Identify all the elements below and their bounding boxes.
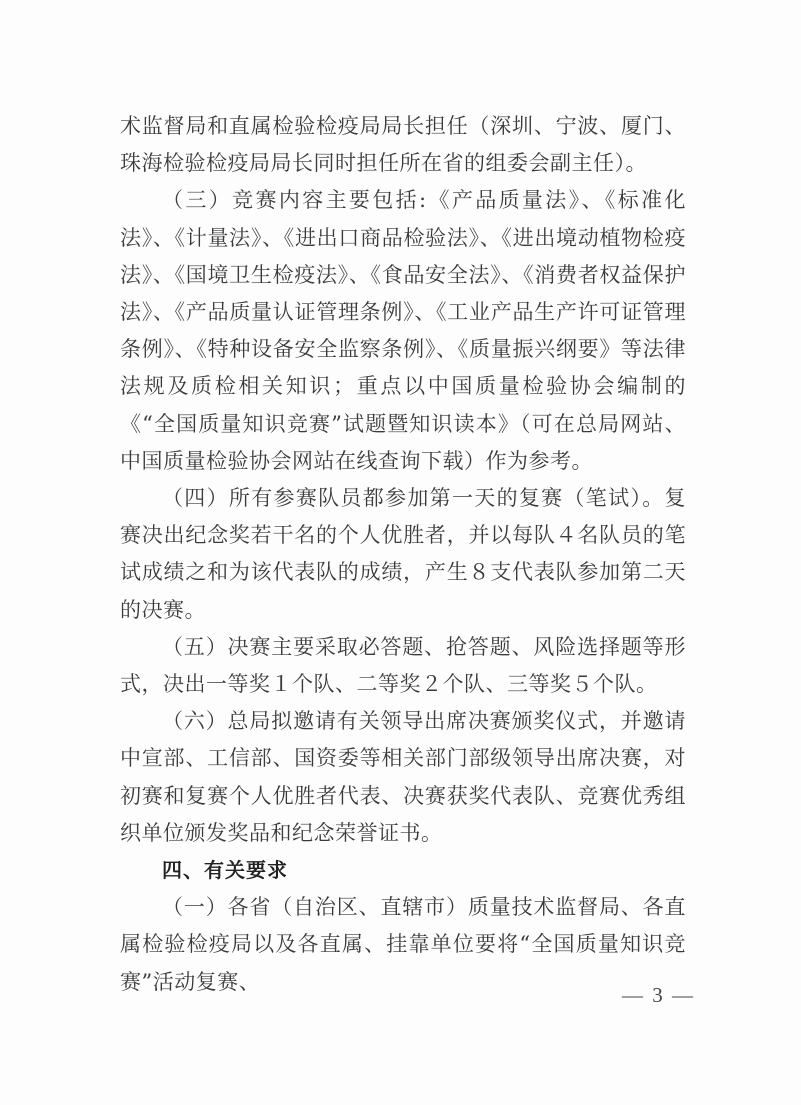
paragraph-requirement-1: （一）各省（自治区、直辖市）质量技术监督局、各直属检验检疫局以及各直属、挂靠单位… (120, 889, 686, 1001)
paragraph-continuation: 术监督局和直属检验检疫局局长担任（深圳、宁波、厦门、珠海检验检疫局局长同时担任所… (120, 108, 686, 182)
document-page: 术监督局和直属检验检疫局局长担任（深圳、宁波、厦门、珠海检验检疫局局长同时担任所… (0, 0, 801, 1105)
paragraph-final-format: （五）决赛主要采取必答题、抢答题、风险选择题等形式，决出一等奖１个队、二等奖２个… (120, 629, 686, 703)
section-heading-requirements: 四、有关要求 (120, 852, 686, 889)
paragraph-award-ceremony: （六）总局拟邀请有关领导出席决赛颁奖仪式，并邀请中宣部、工信部、国资委等相关部门… (120, 703, 686, 852)
page-number: — 3 — (622, 983, 695, 1008)
paragraph-competition-content: （三）竞赛内容主要包括:《产品质量法》、《标准化法》、《计量法》、《进出口商品检… (120, 182, 686, 480)
document-body: 术监督局和直属检验检疫局局长担任（深圳、宁波、厦门、珠海检验检疫局局长同时担任所… (120, 108, 686, 1001)
paragraph-semifinal: （四）所有参赛队员都参加第一天的复赛（笔试）。复赛决出纪念奖若干名的个人优胜者，… (120, 480, 686, 629)
